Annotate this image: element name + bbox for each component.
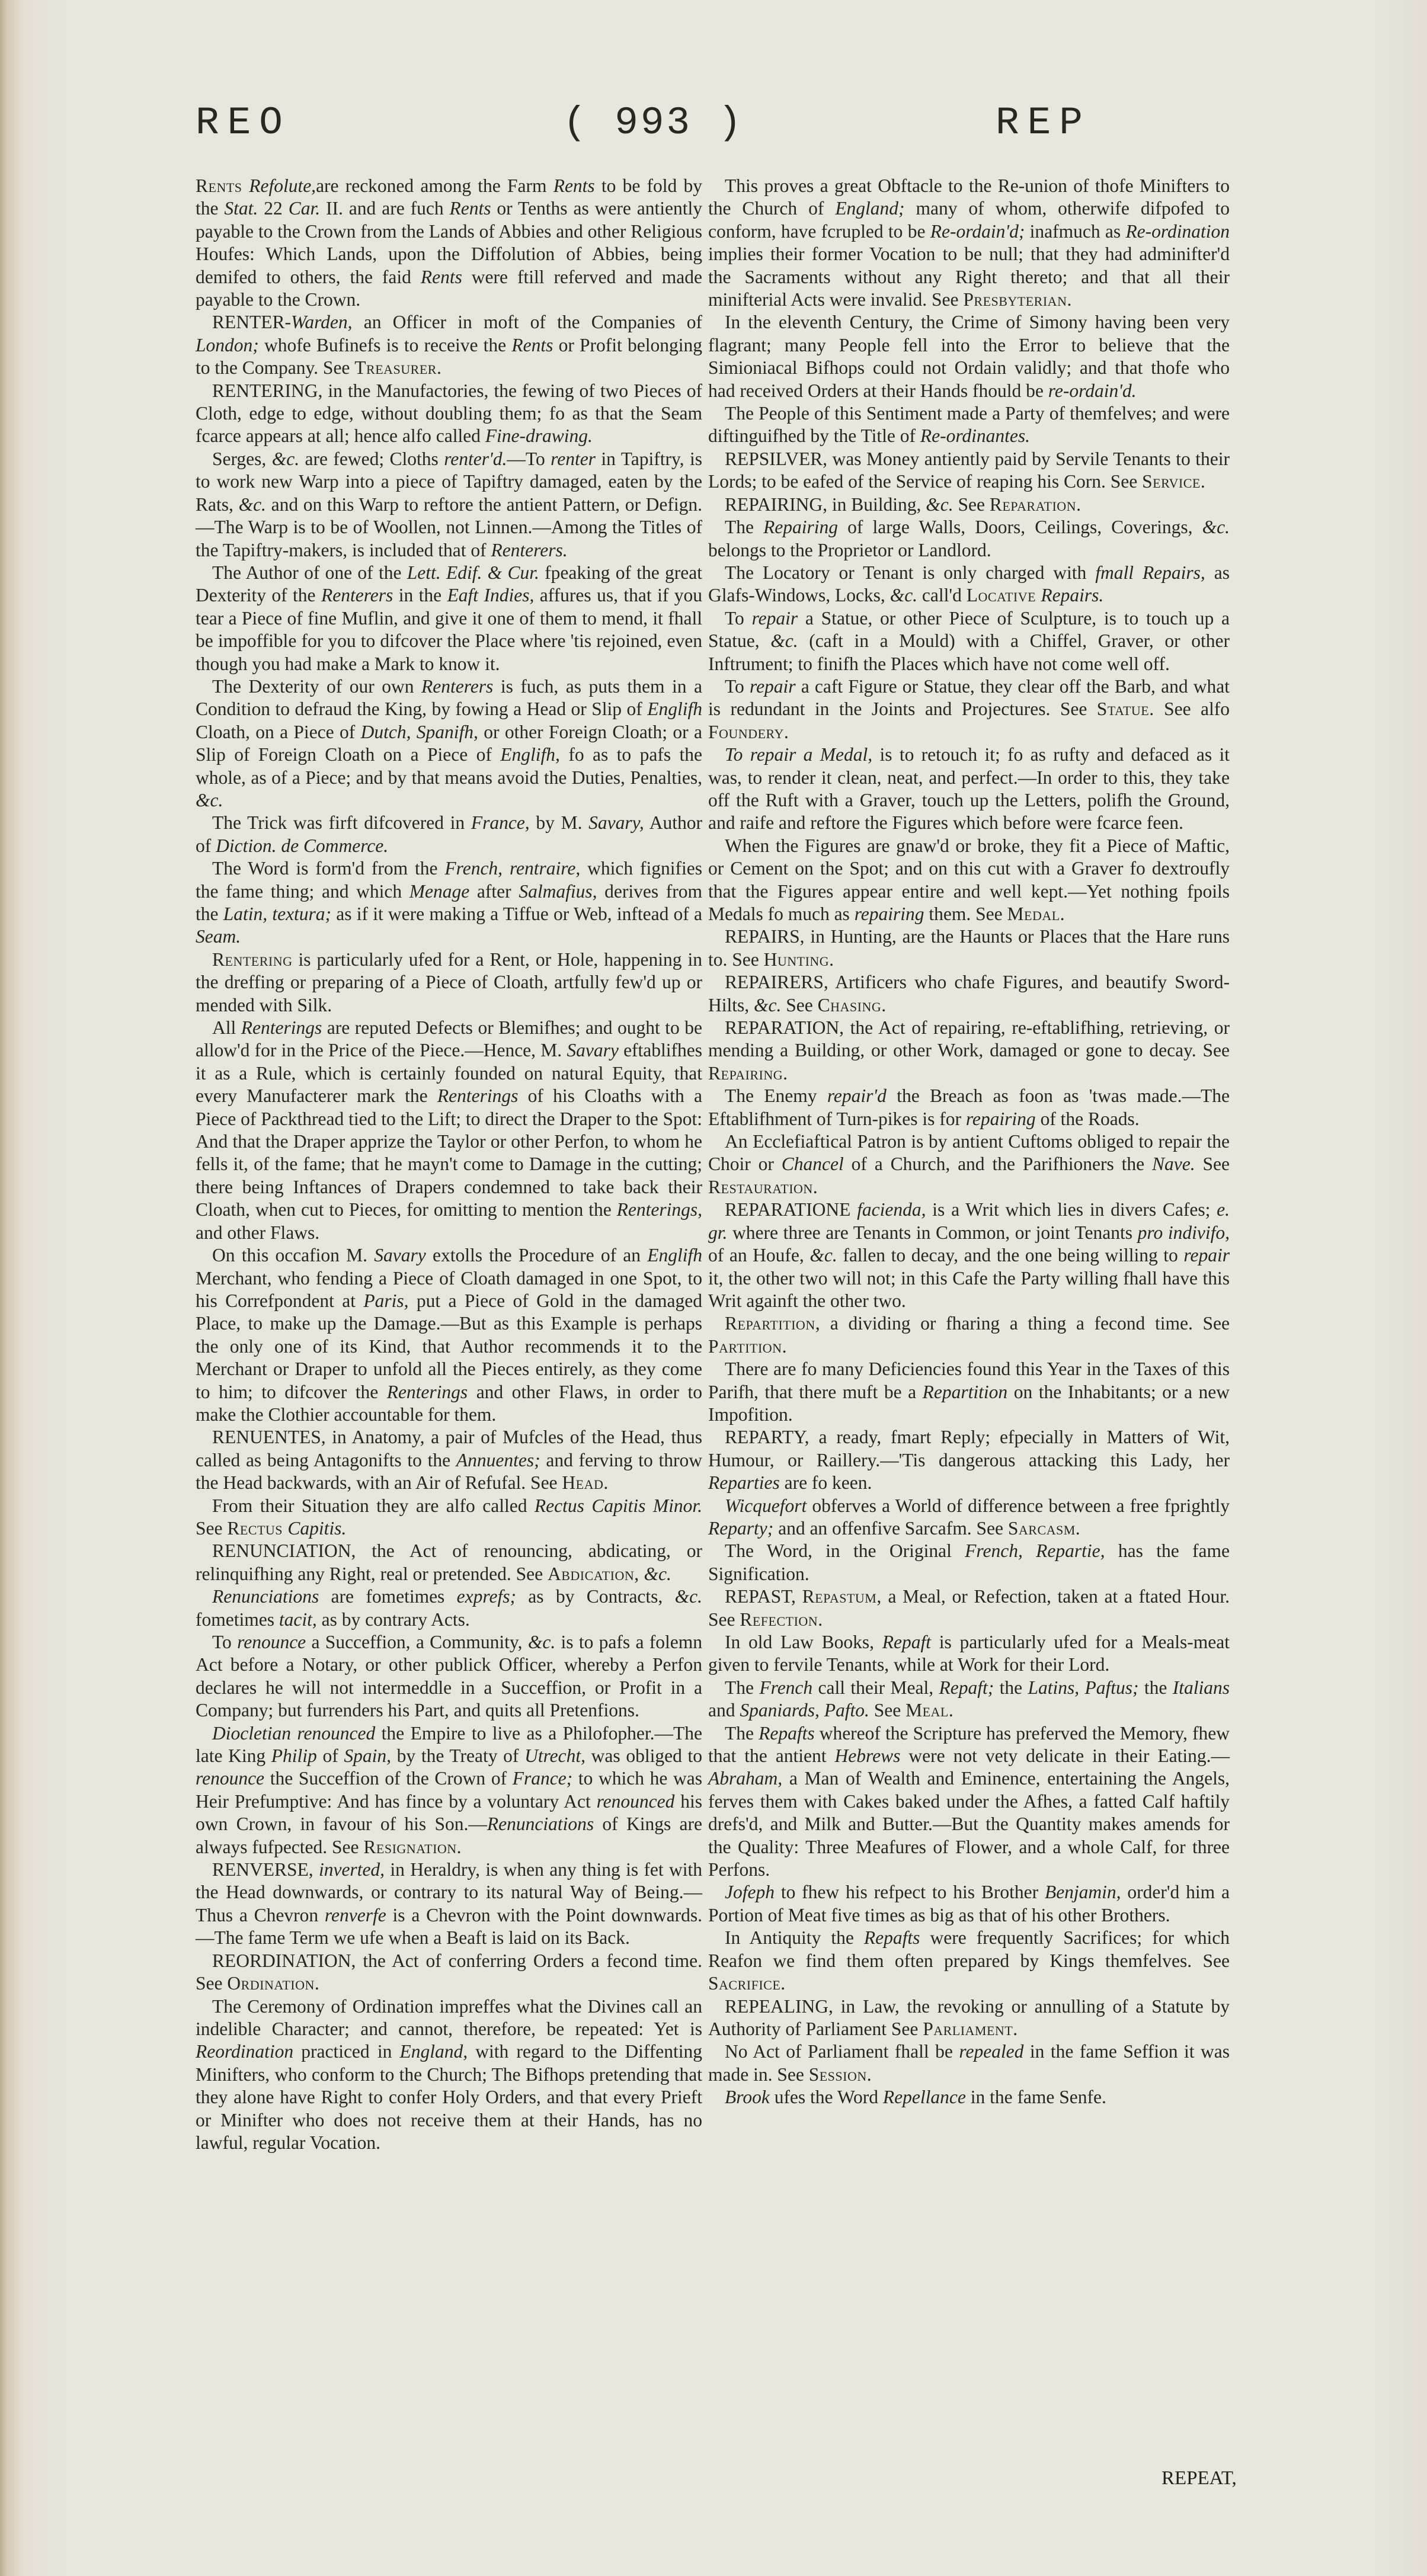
text-run: 22 (258, 198, 288, 219)
italic-run: Abraham, (708, 1768, 782, 1789)
italic-run: Reordination (196, 2041, 293, 2062)
entry-paragraph: To repair a Statue, or other Piece of Sc… (708, 607, 1230, 675)
entry-paragraph: There are fo many Deficiencies found thi… (708, 1358, 1230, 1426)
entry-paragraph: To repair a caft Figure or Statue, they … (708, 675, 1230, 744)
italic-run: Benjamin, (1045, 1882, 1121, 1902)
small-caps-run: Medal. (1007, 903, 1066, 924)
small-caps-run: Repartition, (725, 1313, 820, 1334)
entry-paragraph: Wicquefort obferves a World of differenc… (708, 1495, 1230, 1540)
italic-run: Stat. (224, 198, 258, 219)
text-run: fallen to decay, and the one being willi… (837, 1245, 1184, 1265)
entry-paragraph: Brook ufes the Word Repellance in the fa… (708, 2086, 1230, 2109)
italic-run: repair (1183, 1245, 1230, 1265)
entry-paragraph: The Author of one of the Lett. Edif. & C… (196, 562, 702, 675)
entry-paragraph: The Enemy repair'd the Breach as foon as… (708, 1085, 1230, 1130)
entry-paragraph: The Word, in the Original French, Repart… (708, 1540, 1230, 1585)
entry-paragraph: Repartition, a dividing or fharing a thi… (708, 1312, 1230, 1358)
text-run: ufes the Word (770, 2087, 883, 2107)
entry-paragraph: When the Figures are gnaw'd or broke, th… (708, 835, 1230, 926)
entry-paragraph: RENUNCIATION, the Act of renouncing, abd… (196, 1540, 702, 1585)
text-run: All (212, 1017, 241, 1038)
entry-paragraph: An Ecclefiaftical Patron is by antient C… (708, 1130, 1230, 1199)
text-run: RENTER- (212, 312, 291, 332)
text-run: REPARATION, the Act of repairing, re-eft… (708, 1017, 1230, 1060)
text-run: REPARTY, a ready, fmart Reply; efpeciall… (708, 1427, 1230, 1470)
small-caps-run: Restauration. (708, 1177, 818, 1197)
text-run: II. and are fuch (320, 198, 449, 219)
page-number: ( 993 ) (563, 101, 744, 145)
text-run: REPAIRING, in Building, (725, 494, 926, 515)
entry-paragraph: REPAIRING, in Building, &c. See Reparati… (708, 494, 1230, 516)
italic-run: renounce (237, 1632, 306, 1652)
text-run: in the fame Senfe. (966, 2087, 1106, 2107)
text-run: See (954, 494, 990, 515)
small-caps-run: Repairing. (708, 1063, 788, 1084)
entry-paragraph: All Renterings are reputed Defects or Bl… (196, 1017, 702, 1244)
italic-run: Jofeph (725, 1882, 775, 1902)
italic-run: Savary, (588, 812, 644, 833)
italic-run: Utrecht, (524, 1745, 585, 1766)
text-run: No Act of Parliament fhall be (725, 2041, 959, 2062)
italic-run: &c. (675, 1586, 702, 1607)
text-run: In Antiquity the (725, 1927, 864, 1948)
italic-run: Repafts (864, 1927, 920, 1948)
entry-paragraph: REPARATION, the Act of repairing, re-eft… (708, 1017, 1230, 1085)
small-caps-run: Chasing. (818, 995, 887, 1015)
small-caps-run: Rentering (212, 949, 293, 970)
text-run: To (725, 676, 750, 697)
entry-paragraph: RENTER-Warden, an Officer in moft of the… (196, 311, 702, 379)
text-run: of (317, 1745, 344, 1766)
italic-run: Fine-drawing. (485, 425, 593, 446)
italic-run: Repairs. (1041, 585, 1103, 605)
small-caps-run: Refection. (740, 1609, 823, 1630)
text-run: and an offenfive Sarcafm. See (773, 1518, 1008, 1539)
entry-paragraph: REPARTY, a ready, fmart Reply; efpeciall… (708, 1426, 1230, 1494)
text-run: the (1138, 1677, 1172, 1698)
italic-run: Dutch, Spanifh, (361, 722, 478, 742)
entry-paragraph: The Word is form'd from the French, rent… (196, 857, 702, 949)
italic-run: Rents (553, 175, 595, 196)
italic-run: French, rentraire, (444, 858, 580, 879)
italic-run: Warden, (291, 312, 353, 332)
italic-run: tacit, (279, 1609, 317, 1630)
italic-run: England; (835, 198, 904, 219)
entry-paragraph: To renounce a Succeffion, a Community, &… (196, 1631, 702, 1722)
italic-run: Menage (409, 881, 469, 902)
italic-run: Latins, Paftus; (1028, 1677, 1138, 1698)
italic-run: re-ordain'd. (1048, 380, 1137, 401)
text-run: To (212, 1632, 237, 1652)
entry-paragraph: Rents Refolute,are reckoned among the Fa… (196, 175, 702, 311)
text-run: In old Law Books, (725, 1632, 882, 1652)
text-run: extolls the Procedure of an (426, 1245, 648, 1265)
italic-run: repealed (959, 2041, 1023, 2062)
italic-run: France; (513, 1768, 572, 1789)
italic-run: renounce (196, 1768, 264, 1789)
small-caps-run: Locative (967, 585, 1041, 605)
text-run: obferves a World of difference between a… (807, 1495, 1230, 1516)
text-run: RENVERSE, (212, 1859, 319, 1880)
italic-run: repair'd (827, 1085, 887, 1106)
italic-run: Brook (725, 2087, 770, 2107)
italic-run: inverted, (319, 1859, 385, 1880)
text-run: fometimes (196, 1609, 279, 1630)
italic-run: renter'd. (444, 448, 507, 469)
italic-run: Eaft Indies, (447, 585, 535, 605)
text-run: call'd (917, 585, 967, 605)
text-run: To (725, 608, 752, 629)
italic-run: Repafts (759, 1723, 815, 1744)
italic-run: Renterers. (491, 540, 567, 560)
italic-run: Renterings (387, 1382, 468, 1402)
text-run: practiced in (293, 2041, 399, 2062)
small-caps-run: Partition. (708, 1336, 787, 1357)
left-column: Rents Refolute,are reckoned among the Fa… (196, 175, 702, 2154)
text-run: See (196, 1518, 227, 1539)
text-run: as if it were making a Tiffue or Web, in… (331, 903, 702, 924)
italic-run: Savary (567, 1040, 618, 1060)
italic-run: Refolute, (249, 175, 316, 196)
small-caps-run: Rectus (227, 1518, 287, 1539)
italic-run: Chancel (782, 1154, 844, 1174)
entry-paragraph: RENUENTES, in Anatomy, a pair of Mufcles… (196, 1426, 702, 1494)
text-run: belongs to the Proprietor or Landlord. (708, 540, 991, 560)
text-run: after (469, 881, 519, 902)
italic-run: Renunciations (212, 1586, 319, 1607)
italic-run: Annuentes; (456, 1450, 540, 1470)
text-run: was obliged to (585, 1745, 702, 1766)
small-caps-run: Service. (1142, 471, 1205, 492)
entry-paragraph: The Repairing of large Walls, Doors, Cei… (708, 516, 1230, 562)
entry-paragraph: The Repafts whereof the Scripture has pr… (708, 1722, 1230, 1882)
italic-run: repair (750, 676, 796, 697)
italic-run: Reparty; (708, 1518, 773, 1539)
text-run: The (725, 1677, 759, 1698)
italic-run: French, Repartie, (965, 1540, 1105, 1561)
right-column: This proves a great Obftacle to the Re-u… (708, 175, 1230, 2109)
entry-paragraph: No Act of Parliament fhall be repealed i… (708, 2040, 1230, 2086)
entry-paragraph: REPAIRERS, Artificers who chafe Figures,… (708, 971, 1230, 1017)
italic-run: Rents (421, 267, 462, 287)
small-caps-run: Parliament. (923, 2018, 1018, 2039)
italic-run: &c. (1202, 517, 1230, 537)
text-run: The Word is form'd from the (212, 858, 444, 879)
italic-run: Latin, textura; (223, 903, 331, 924)
italic-run: Englifh (647, 1245, 702, 1265)
italic-run: repairing (855, 903, 924, 924)
italic-run: Rents (450, 198, 491, 219)
text-run: of an Houfe, (708, 1245, 810, 1265)
text-run: are reckoned among the Farm (316, 175, 553, 196)
text-run: a Succeffion, a Community, (306, 1632, 528, 1652)
entry-paragraph: RENTERING, in the Manufactories, the few… (196, 380, 702, 448)
small-caps-run: Ordination. (227, 1973, 319, 1994)
text-run: —To (507, 448, 551, 469)
italic-run: Rectus Capitis Minor. (535, 1495, 702, 1516)
text-run: as by Contracts, (516, 1586, 675, 1607)
entry-paragraph: In old Law Books, Repaft is particularly… (708, 1631, 1230, 1677)
text-run: are fewed; Cloths (299, 448, 444, 469)
small-caps-run: Presbyterian. (963, 289, 1071, 310)
text-run: See alfo (1154, 699, 1230, 719)
italic-run: renter (551, 448, 596, 469)
text-run: The Dexterity of our own (212, 676, 421, 697)
text-run: are fo keen. (780, 1472, 872, 1493)
small-caps-run: Sacrifice. (708, 1973, 786, 1994)
italic-run: Seam. (196, 926, 241, 947)
italic-run: Spaniards, Pafto. (740, 1700, 869, 1720)
italic-run: Englifh (647, 699, 702, 719)
text-run: the Succeffion of the Crown of (264, 1768, 513, 1789)
text-run: REPAST, (725, 1586, 802, 1607)
italic-run: Hebrews (835, 1745, 901, 1766)
entry-paragraph: REPSILVER, was Money antiently paid by S… (708, 448, 1230, 494)
entry-paragraph: The French call their Meal, Repaft; the … (708, 1677, 1230, 1722)
small-caps-run: Reparation. (990, 494, 1082, 515)
footer-catchword: REPEAT, (1162, 2468, 1237, 2490)
text-run: RENTERING, in the Manufactories, the few… (196, 380, 702, 447)
italic-run: &c. (810, 1245, 837, 1265)
italic-run: To repair a Medal, (725, 744, 872, 765)
text-run: whofe Bufinefs is to receive the (259, 335, 512, 355)
entry-paragraph: Jofeph to fhew his refpect to his Brothe… (708, 1881, 1230, 1927)
italic-run: London; (196, 335, 259, 355)
text-run: in the (393, 585, 447, 605)
italic-run: Repartition (923, 1382, 1008, 1402)
entry-paragraph: Renunciations are fometimes exprefs; as … (196, 1585, 702, 1631)
text-run: The Enemy (725, 1085, 827, 1106)
text-run: were not vety delicate in their Eating.— (900, 1745, 1230, 1766)
italic-run: Renterers (421, 676, 493, 697)
text-run: of large Walls, Doors, Ceilings, Coverin… (838, 517, 1202, 537)
text-run: a dividing or fharing a thing a fecond t… (820, 1313, 1230, 1334)
text-run: it, the other two will not; in this Cafe… (708, 1268, 1230, 1311)
italic-run: Renterings (241, 1017, 322, 1038)
italic-run: Renterings, (617, 1199, 702, 1220)
entry-paragraph: On this occafion M. Savary extolls the P… (196, 1244, 702, 1426)
text-run: call their Meal, (812, 1677, 939, 1698)
entry-paragraph: Serges, &c. are fewed; Cloths renter'd.—… (196, 448, 702, 562)
text-run: where three are Tenants in Common, or jo… (727, 1222, 1137, 1243)
entry-paragraph: RENVERSE, inverted, in Heraldry, is when… (196, 1859, 702, 1950)
text-run: of the Roads. (1036, 1108, 1140, 1129)
text-run: an Officer in moft of the Companies of (353, 312, 702, 332)
entry-paragraph: To repair a Medal, is to retouch it; fo … (708, 744, 1230, 835)
italic-run: Paris, (363, 1290, 408, 1311)
entry-paragraph: This proves a great Obftacle to the Re-u… (708, 175, 1230, 311)
entry-paragraph: REORDINATION, the Act of conferring Orde… (196, 1950, 702, 1995)
entry-paragraph: REPARATIONE facienda, is a Writ which li… (708, 1199, 1230, 1312)
italic-run: Diction. de Commerce. (216, 835, 388, 856)
italic-run: renverfe (325, 1905, 386, 1925)
text-run: by M. (530, 812, 588, 833)
header-left-catchword: REO (196, 101, 291, 145)
italic-run: exprefs; (457, 1586, 516, 1607)
entry-paragraph: The Ceremony of Ordination impreffes wha… (196, 1995, 702, 2155)
small-caps-run: Statue. (1097, 699, 1154, 719)
entry-paragraph: Diocletian renounced the Empire to live … (196, 1722, 702, 1859)
italic-run: Repellance (883, 2087, 966, 2107)
italic-run: Repairing (763, 517, 838, 537)
text-run: The (725, 517, 763, 537)
entry-paragraph: From their Situation they are alfo calle… (196, 1495, 702, 1540)
italic-run: &c. (272, 448, 299, 469)
italic-run: Nave. (1152, 1154, 1195, 1174)
italic-run: Salmafius, (519, 881, 597, 902)
small-caps-run: Hunting. (764, 949, 834, 970)
entry-paragraph: The People of this Sentiment made a Part… (708, 402, 1230, 448)
text-run: See (781, 995, 817, 1015)
italic-run: French (759, 1677, 812, 1698)
text-run: Serges, (212, 448, 272, 469)
entry-paragraph: In the eleventh Century, the Crime of Si… (708, 311, 1230, 402)
text-run: From their Situation they are alfo calle… (212, 1495, 535, 1516)
italic-run: Lett. Edif. & Cur. (407, 562, 539, 583)
italic-run: Renunciations (487, 1814, 594, 1834)
text-run: and other Flaws. (196, 1222, 319, 1243)
text-run: as by contrary Acts. (317, 1609, 470, 1630)
text-run: them. See (924, 903, 1007, 924)
small-caps-run: Resignation. (363, 1837, 462, 1857)
text-run: On this occafion M. (212, 1245, 374, 1265)
italic-run: Savary (374, 1245, 425, 1265)
italic-run: Spain, (344, 1745, 391, 1766)
text-run: a Man of Wealth and Eminence, entertaini… (708, 1768, 1230, 1880)
text-run: The Word, in the Original (725, 1540, 965, 1561)
italic-run: Renterers (321, 585, 393, 605)
italic-run: &c. (639, 1563, 671, 1584)
text-run: The Trick was firft difcovered in (212, 812, 471, 833)
italic-run: Re-ordinantes. (920, 425, 1030, 446)
small-caps-run: Sarcasm. (1008, 1518, 1080, 1539)
entry-paragraph: The Trick was firft difcovered in France… (196, 812, 702, 857)
italic-run: Rents (511, 335, 553, 355)
small-caps-run: Treasurer. (354, 357, 441, 378)
italic-run: repair (752, 608, 798, 629)
italic-run: Renterings (437, 1085, 518, 1106)
italic-run: Italians (1173, 1677, 1230, 1698)
italic-run: Repaft (882, 1632, 931, 1652)
italic-run: fmall Repairs, (1095, 562, 1205, 583)
italic-run: Wicquefort (725, 1495, 807, 1516)
italic-run: renounced (597, 1791, 675, 1812)
small-caps-run: Head. (562, 1472, 608, 1493)
entry-paragraph: REPAIRS, in Hunting, are the Haunts or P… (708, 925, 1230, 971)
small-caps-run: Foundery. (708, 722, 789, 742)
italic-run: Repaft; (939, 1677, 994, 1698)
italic-run: Englifh, (500, 744, 560, 765)
text-run: to fhew his refpect to his Brother (775, 1882, 1045, 1902)
small-caps-run: Meal. (906, 1700, 954, 1720)
text-run: Cloath, on a Piece of (196, 722, 361, 742)
text-run: See (1195, 1154, 1230, 1174)
text-run: The Ceremony of Ordination impreffes wha… (196, 1996, 702, 2039)
italic-run: France, (471, 812, 530, 833)
entry-paragraph: REPAST, Repastum, a Meal, or Refection, … (708, 1585, 1230, 1631)
header-right-catchword: REP (996, 101, 1091, 145)
entry-paragraph: The Locatory or Tenant is only charged w… (708, 562, 1230, 607)
entry-paragraph: Rentering is particularly ufed for a Ren… (196, 949, 702, 1017)
italic-run: England, (399, 2041, 468, 2062)
text-run: REPARATIONE (725, 1199, 857, 1220)
small-caps-run: Abdication, (548, 1563, 639, 1584)
italic-run: pro indivifo, (1138, 1222, 1230, 1243)
text-run: See (869, 1700, 906, 1720)
text-run: by the Treaty of (391, 1745, 524, 1766)
entry-paragraph: REPEALING, in Law, the revoking or annul… (708, 1995, 1230, 2041)
italic-run: Reparties (708, 1472, 780, 1493)
text-run: are fometimes (319, 1586, 456, 1607)
text-run: The Author of one of the (212, 562, 407, 583)
italic-run: Capitis. (287, 1518, 346, 1539)
small-caps-run: Repastum, (802, 1586, 882, 1607)
text-run: and (708, 1700, 740, 1720)
entry-paragraph: In Antiquity the Repafts were frequently… (708, 1927, 1230, 1995)
text-run: and on this Warp to reftore the antient … (196, 494, 702, 560)
italic-run: repairing (966, 1108, 1036, 1129)
entry-paragraph: The Dexterity of our own Renterers is fu… (196, 675, 702, 812)
text-run: In the eleventh Century, the Crime of Si… (708, 312, 1230, 401)
italic-run: &c. (754, 995, 781, 1015)
italic-run: &c. (890, 585, 917, 605)
text-run: The Locatory or Tenant is only charged w… (725, 562, 1095, 583)
italic-run: &c. (196, 790, 223, 810)
text-run: inafmuch as (1025, 221, 1125, 242)
text-run: is a Writ which lies in divers Cafes; (926, 1199, 1217, 1220)
italic-run: Philip (271, 1745, 317, 1766)
italic-run: &c. (926, 494, 953, 515)
italic-run: &c. (770, 630, 798, 651)
text-run: The (725, 1723, 759, 1744)
small-caps-run: Session. (809, 2064, 872, 2085)
italic-run: Re-ordination (1125, 221, 1230, 242)
italic-run: Diocletian renounced (212, 1723, 375, 1744)
scanned-page: REO ( 993 ) REP Rents Refolute,are recko… (0, 0, 1427, 2576)
italic-run: Re-ordain'd; (930, 221, 1025, 242)
text-run: the (994, 1677, 1028, 1698)
text-run: of a Church, and the Parifhioners the (844, 1154, 1152, 1174)
running-header: REO ( 993 ) REP (196, 101, 1239, 160)
small-caps-run: Rents (196, 175, 249, 196)
italic-run: &c. (528, 1632, 555, 1652)
italic-run: &c. (239, 494, 266, 515)
italic-run: facienda, (857, 1199, 926, 1220)
italic-run: Car. (289, 198, 320, 219)
